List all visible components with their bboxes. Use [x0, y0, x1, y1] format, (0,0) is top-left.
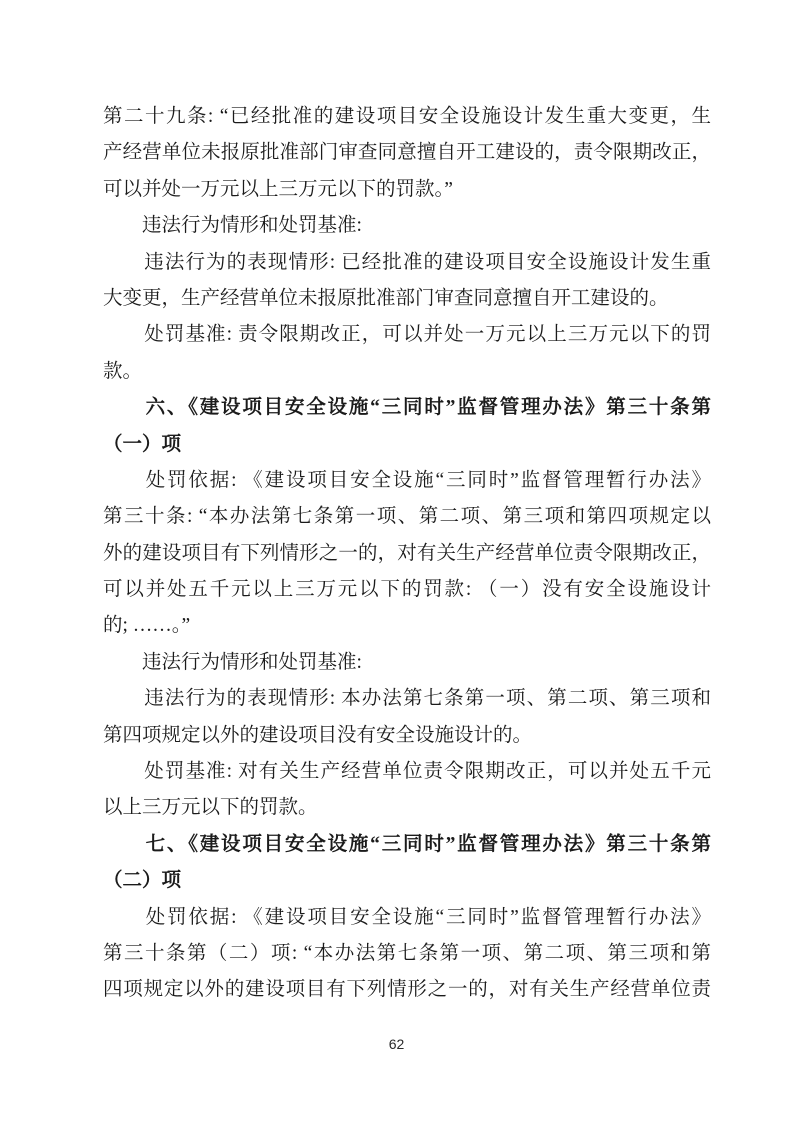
text-line: 违法行为的表现情形: 本办法第七条第一项、第二项、第三项和: [103, 681, 711, 717]
text-line: 违法行为情形和处罚基准:: [103, 208, 711, 244]
text-line: 产经营单位未报原批准部门审查同意擅自开工建设的，责令限期改正，: [103, 135, 711, 171]
text-line: 处罚基准: 对有关生产经营单位责令限期改正，可以并处五千元: [103, 754, 711, 790]
section-heading-line: 六、《建设项目安全设施“三同时”监督管理办法》第三十条第: [103, 390, 711, 426]
text-line: 第三十条第（二）项: “本办法第七条第一项、第二项、第三项和第: [103, 936, 711, 972]
text-line: 违法行为情形和处罚基准:: [103, 645, 711, 681]
text-line: 处罚依据: 《建设项目安全设施“三同时”监督管理暂行办法》: [103, 463, 711, 499]
section-heading-line: （二）项: [103, 863, 711, 899]
text-line: 四项规定以外的建设项目有下列情形之一的，对有关生产经营单位责: [103, 972, 711, 1008]
text-line: 第二十九条: “已经批准的建设项目安全设施设计发生重大变更，生: [103, 99, 711, 135]
text-line: 第四项规定以外的建设项目没有安全设施设计的。: [103, 718, 711, 754]
text-line: 外的建设项目有下列情形之一的，对有关生产经营单位责令限期改正，: [103, 536, 711, 572]
text-line: 款。: [103, 354, 711, 390]
text-line: 违法行为的表现情形: 已经批准的建设项目安全设施设计发生重: [103, 245, 711, 281]
text-line: 可以并处一万元以上三万元以下的罚款。”: [103, 172, 711, 208]
document-body: 第二十九条: “已经批准的建设项目安全设施设计发生重大变更，生 产经营单位未报原…: [103, 99, 711, 1009]
section-heading-line: 七、《建设项目安全设施“三同时”监督管理办法》第三十条第: [103, 827, 711, 863]
text-line: 大变更，生产经营单位未报原批准部门审查同意擅自开工建设的。: [103, 281, 711, 317]
section-heading-line: （一）项: [103, 427, 711, 463]
text-line: 可以并处五千元以上三万元以下的罚款: （一）没有安全设施设计: [103, 572, 711, 608]
text-line: 第三十条: “本办法第七条第一项、第二项、第三项和第四项规定以: [103, 499, 711, 535]
page-number: 62: [0, 1036, 793, 1052]
text-line: 的; ……。”: [103, 608, 711, 644]
text-line: 处罚基准: 责令限期改正，可以并处一万元以上三万元以下的罚: [103, 317, 711, 353]
text-line: 以上三万元以下的罚款。: [103, 790, 711, 826]
document-page: 第二十九条: “已经批准的建设项目安全设施设计发生重大变更，生 产经营单位未报原…: [0, 0, 793, 1122]
text-line: 处罚依据: 《建设项目安全设施“三同时”监督管理暂行办法》: [103, 900, 711, 936]
